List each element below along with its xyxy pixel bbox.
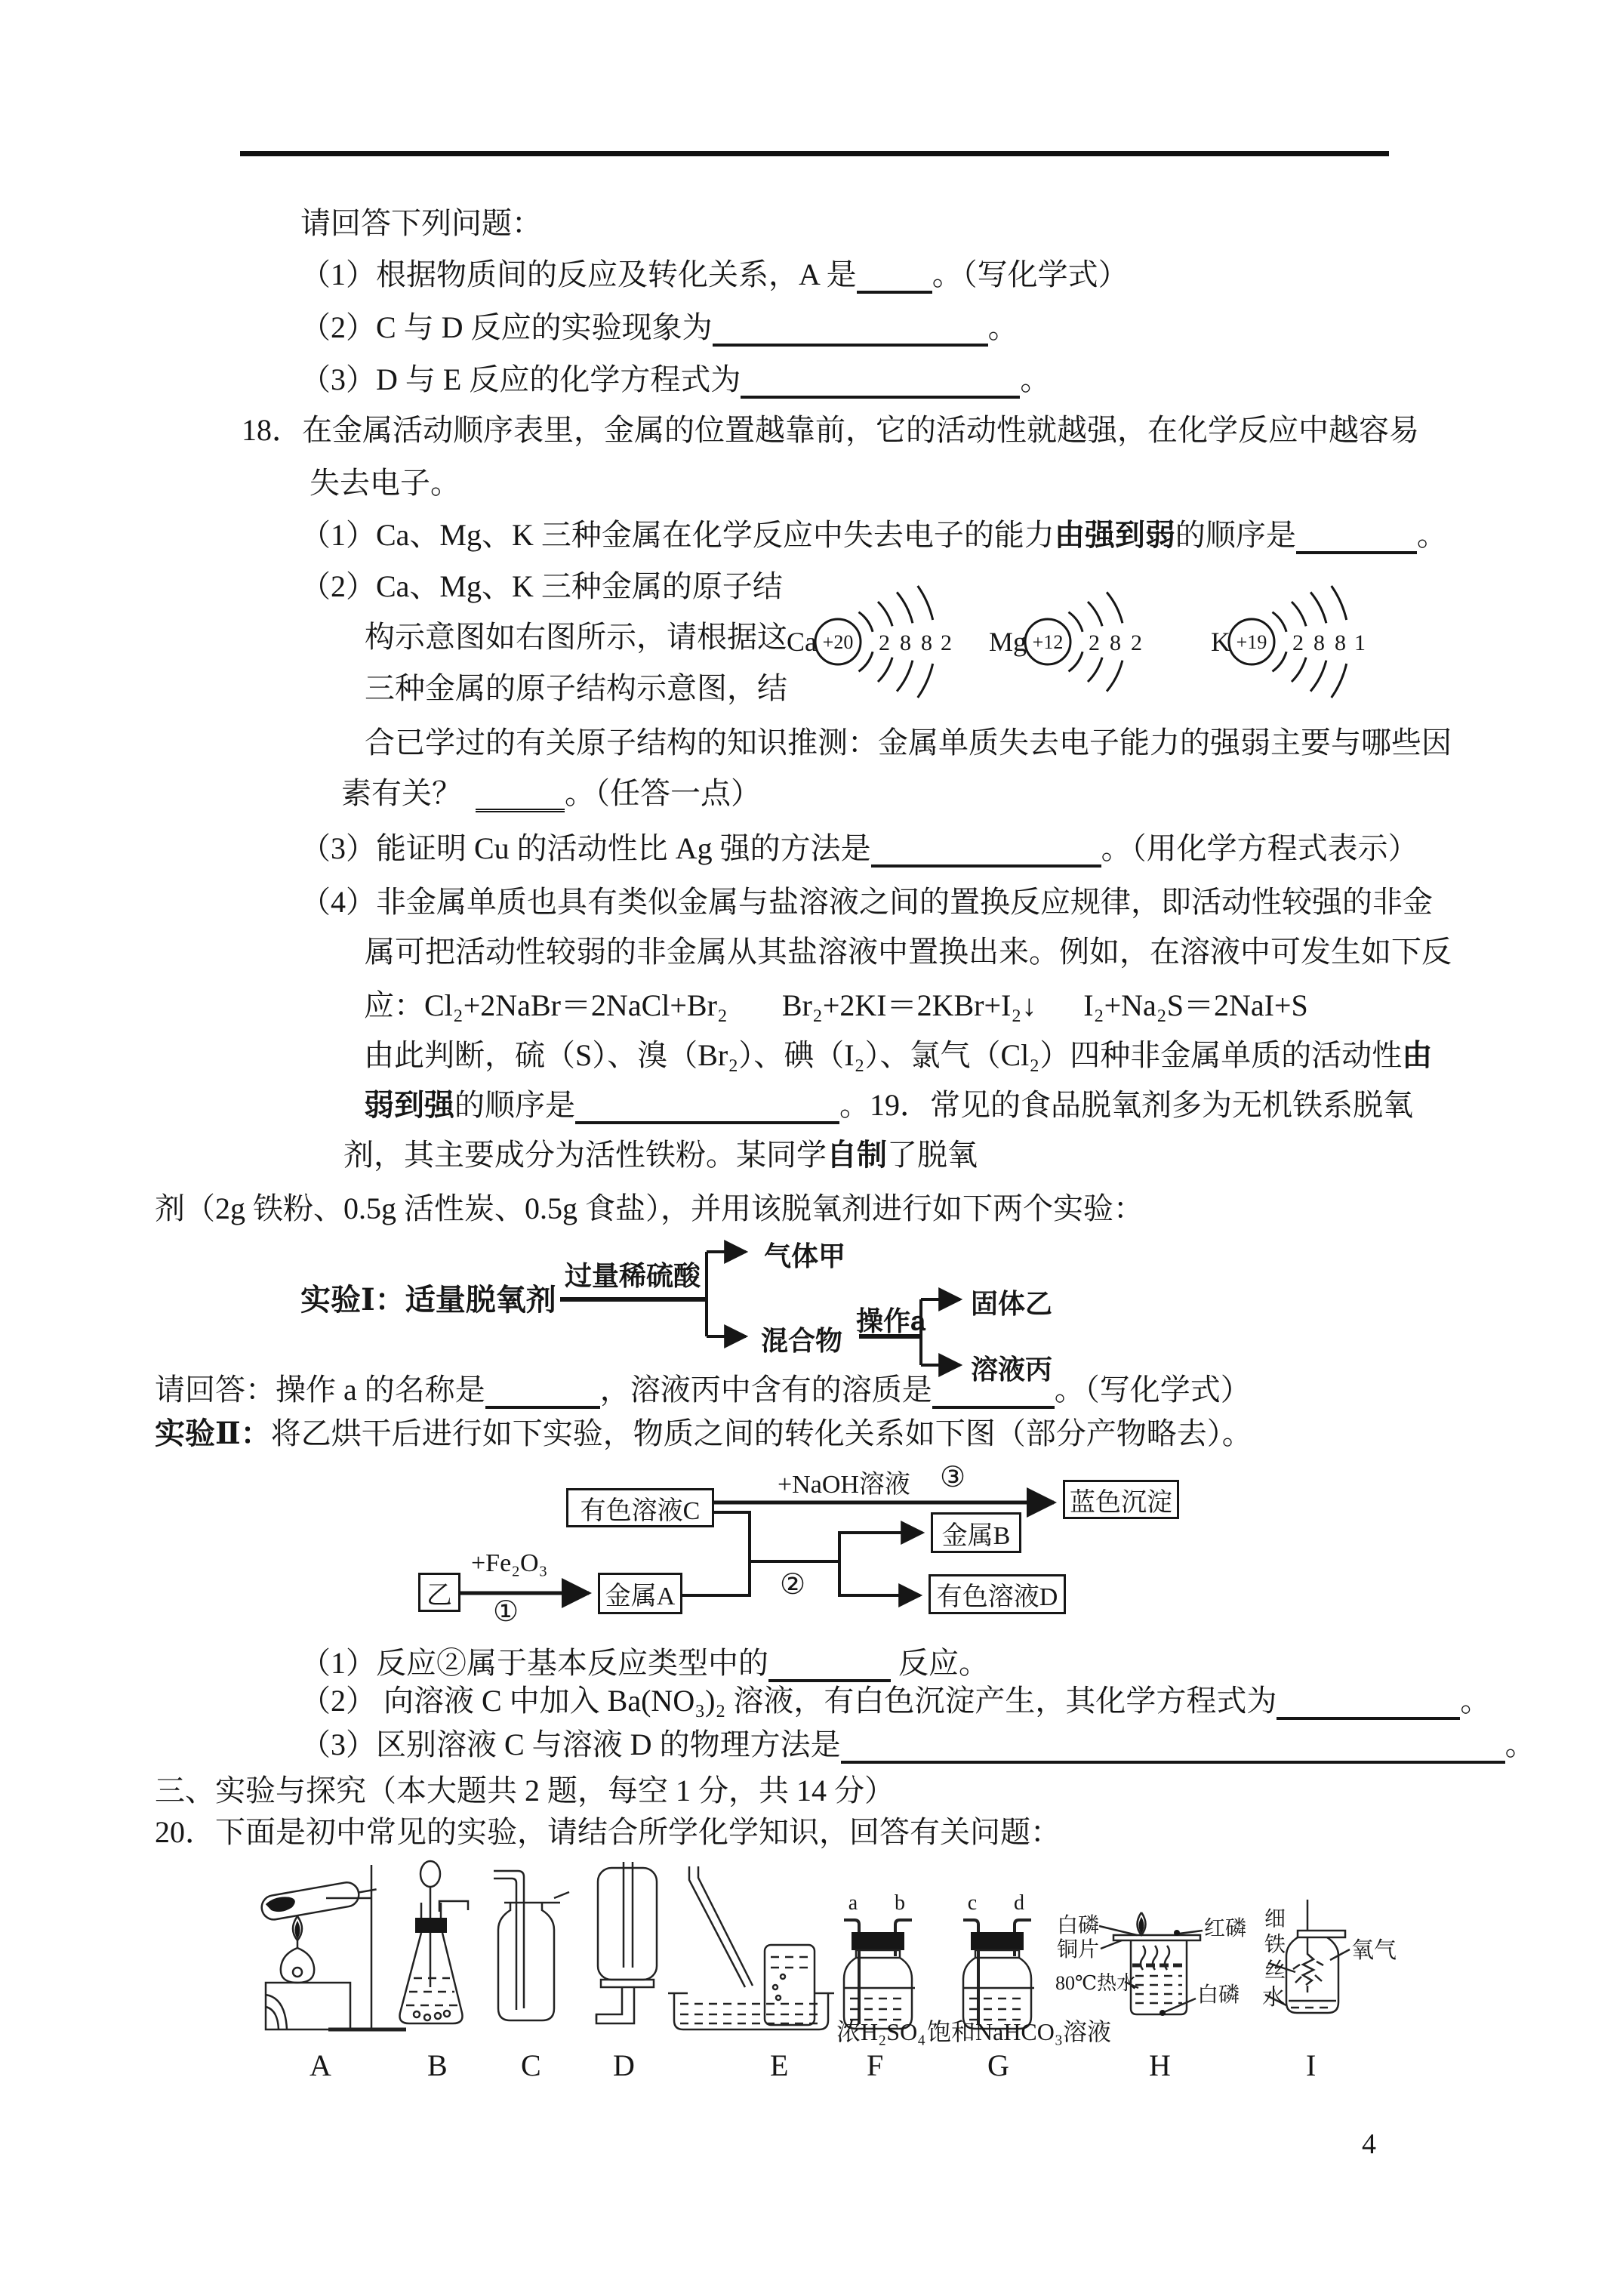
- nucleus-charge: +12: [1033, 631, 1064, 653]
- apparatus-letter-b: B: [427, 2048, 448, 2083]
- exp1-node-solid: 固体乙: [971, 1283, 1052, 1321]
- q18-stem-line1: 18．在金属活动顺序表里，金属的位置越靠前，它的活动性就越强，在化学反应中越容易: [242, 411, 1419, 449]
- text-segment: 剂，其主要成分为活性铁粉。某同学: [343, 1138, 827, 1172]
- answer-blank: [932, 1376, 1055, 1409]
- apparatus-a-test-tube-heating: [257, 1862, 408, 2034]
- f-caption-h2so4: 浓H₂SO₄: [836, 2013, 925, 2048]
- text-segment: 反应。: [891, 1646, 989, 1680]
- text-segment: 。: [1417, 518, 1447, 552]
- q18-item-4-line1: （4）非金属单质也具有类似金属与盐溶液之间的置换反应规律，即活动性较强的非金: [300, 883, 1433, 921]
- text-segment: 。: [1020, 362, 1050, 396]
- exp1-node-gas: 气体甲: [764, 1235, 845, 1274]
- nucleus-charge: +20: [823, 631, 854, 653]
- q18-item-2-line5: 素有关？。（任答一点）: [341, 775, 761, 812]
- q17-item-3: （3）D 与 E 反应的化学方程式为。: [300, 361, 1050, 399]
- text-segment: 。（写化学式）: [1055, 1373, 1251, 1407]
- text-segment: （2） 向溶液 C 中加入 Ba(NO₃)₂ 溶液，有白色沉淀产生，其化学方程式…: [300, 1684, 1277, 1718]
- apparatus-e-water-trough-collection: [668, 1865, 845, 2032]
- exp2-label: 实验Ⅱ：: [155, 1416, 271, 1450]
- shell-count: 8: [1313, 630, 1325, 655]
- q19-stem-line3: 剂（2g 铁粉、0.5g 活性炭、0.5g 食盐），并用该脱氧剂进行如下两个实验…: [155, 1190, 1144, 1228]
- q20-stem: 20．下面是初中常见的实验，请结合所学化学知识，回答有关问题：: [155, 1814, 1061, 1851]
- q19-item-3: （3）区别溶液 C 与溶液 D 的物理方法是。: [300, 1726, 1535, 1764]
- q18-stem-line2: 失去电子。: [310, 464, 460, 502]
- q17-intro: 请回答下列问题：: [300, 205, 542, 242]
- text-segment: 了脱氧: [887, 1138, 978, 1172]
- exp2-box-yi: 乙: [418, 1573, 460, 1612]
- exp1-arrow1-label: 过量稀硫酸: [565, 1255, 701, 1293]
- answer-blank: [871, 834, 1101, 868]
- exp2-step2-label: ②: [776, 1567, 809, 1601]
- exp2-naoh-label: +NaOH溶液: [778, 1463, 910, 1500]
- text-segment: 请回答：操作 a 的名称是: [155, 1373, 485, 1407]
- oxygen-label: 氧气: [1351, 1931, 1397, 1965]
- port-d-label: d: [1014, 1891, 1024, 1915]
- apparatus-letter-h: H: [1149, 2048, 1171, 2083]
- text-segment: 。: [1460, 1684, 1490, 1718]
- page-number: 4: [1362, 2128, 1376, 2161]
- answer-blank: [485, 1376, 600, 1409]
- q18-item-1: （1）Ca、Mg、K 三种金属在化学反应中失去电子的能力由强到弱的顺序是。: [300, 516, 1447, 554]
- thin-iron-wire-label: 细铁丝: [1258, 1907, 1288, 1984]
- text-segment: 素有关？: [341, 776, 462, 810]
- text-segment: 。（用化学方程式表示）: [1101, 831, 1418, 865]
- nucleus-charge: +19: [1236, 631, 1267, 653]
- shell-count: 8: [1335, 630, 1346, 655]
- text-segment: 的顺序是: [454, 1088, 575, 1122]
- top-rule: [240, 151, 1389, 156]
- shell-count: 2: [1089, 630, 1100, 655]
- text-segment: 。: [1505, 1727, 1535, 1761]
- text-segment: 。（任答一点）: [565, 776, 761, 810]
- port-b-label: b: [895, 1891, 905, 1915]
- apparatus-letter-a: A: [310, 2048, 331, 2083]
- q18-item-2-line2: 构示意图如右图所示，请根据这: [365, 618, 787, 656]
- q19-item-2: （2） 向溶液 C 中加入 Ba(NO₃)₂ 溶液，有白色沉淀产生，其化学方程式…: [300, 1682, 1490, 1720]
- text-segment: ，溶液丙中含有的溶质是: [600, 1373, 932, 1407]
- answer-blank: [476, 778, 565, 812]
- apparatus-letter-c: C: [521, 2048, 541, 2083]
- text-segment: （1）反应②属于基本反应类型中的: [300, 1646, 768, 1680]
- atom-symbol: Mg: [989, 627, 1027, 657]
- apparatus-letter-e: E: [770, 2048, 788, 2083]
- text-segment: （3）区别溶液 C 与溶液 D 的物理方法是: [300, 1727, 841, 1761]
- copper-sheet-label: 铜片: [1057, 1937, 1099, 1962]
- text-segment: 将乙烘干后进行如下实验，物质之间的转化关系如下图（部分产物略去）。: [271, 1416, 1252, 1450]
- text-segment: （3）能证明 Cu 的活动性比 Ag 强的方法是: [300, 831, 871, 865]
- answer-blank: [741, 365, 1020, 399]
- answer-blank: [575, 1091, 839, 1124]
- bold-text: 由强到弱: [1055, 518, 1175, 552]
- q18-item-2-line1: （2）Ca、Mg、K 三种金属的原子结: [300, 568, 783, 606]
- q18-item-2-line4: 合已学过的有关原子结构的知识推测：金属单质失去电子能力的强弱主要与哪些因: [365, 724, 1452, 762]
- exp2-fe2o3-label: +Fe₂O₃: [471, 1549, 547, 1578]
- white-phosphorus-top-label: 白磷: [1057, 1913, 1099, 1937]
- bold-text: 由: [1402, 1038, 1432, 1072]
- apparatus-g-gas-washing-bottle: c d: [950, 1884, 1048, 2035]
- chem-equation: Cl₂+2NaBr＝2NaCl+Br₂: [424, 988, 728, 1022]
- atomic-diagram-k: K +19 2 8 8 1: [1199, 578, 1376, 706]
- q18-item-4-line5: 弱到强的顺序是。19．常见的食品脱氧剂多为无机铁系脱氧: [364, 1086, 1413, 1124]
- atomic-diagram-mg: Mg +12 2 8 2: [995, 578, 1146, 706]
- exp2-box-solution-c: 有色溶液C: [566, 1488, 714, 1527]
- answer-blank: [768, 1649, 891, 1682]
- chem-equation: Br₂+2KI＝2KBr+I₂↓: [782, 988, 1036, 1022]
- apparatus-letter-g: G: [987, 2048, 1009, 2083]
- shell-count: 2: [1292, 630, 1304, 655]
- shell-count: 2: [879, 630, 890, 655]
- shell-count: 2: [941, 630, 952, 655]
- exp1-answer-line: 请回答：操作 a 的名称是，溶液丙中含有的溶质是。（写化学式）: [155, 1371, 1251, 1409]
- exp2-step1-label: ①: [489, 1595, 522, 1629]
- exp2-step3-label: ③: [936, 1460, 969, 1494]
- exp2-box-solution-d: 有色溶液D: [929, 1574, 1066, 1614]
- q18-item-2-line3: 三种金属的原子结构示意图，结: [365, 670, 787, 707]
- q18-equations: 应：Cl₂+2NaBr＝2NaCl+Br₂Br₂+2KI＝2KBr+I₂↓I₂+…: [364, 987, 1308, 1025]
- bold-text: 自制: [827, 1138, 887, 1172]
- shell-count: 2: [1131, 630, 1142, 655]
- text-segment: 。19．常见的食品脱氧剂多为无机铁系脱氧: [839, 1088, 1413, 1122]
- exp2-box-metal-a: 金属A: [598, 1573, 682, 1614]
- answer-blank: [1296, 521, 1417, 554]
- apparatus-letter-d: D: [613, 2048, 635, 2083]
- atom-symbol: K: [1211, 627, 1230, 657]
- atomic-diagram-ca: Ca +20 2 8 8 2: [785, 578, 962, 706]
- water-label: 水: [1262, 1978, 1285, 2011]
- answer-blank: [857, 260, 932, 294]
- exp2-box-metal-b: 金属B: [931, 1512, 1021, 1553]
- text-segment: （1）根据物质间的反应及转化关系，A 是: [300, 257, 857, 291]
- exp2-box-blue-precipitate: 蓝色沉淀: [1063, 1480, 1179, 1519]
- shell-count: 8: [900, 630, 911, 655]
- text-segment: 的顺序是: [1175, 518, 1296, 552]
- apparatus-h-phosphorus-experiment: 白磷 红磷 铜片 80℃热水 白磷: [1049, 1906, 1238, 2020]
- bold-text: 弱到强: [364, 1088, 454, 1122]
- q17-item-2: （2）C 与 D 反应的实验现象为。: [300, 309, 1018, 347]
- port-c-label: c: [968, 1891, 977, 1915]
- atom-symbol: Ca: [787, 627, 817, 657]
- answer-blank: [841, 1730, 1505, 1764]
- chem-equation: I₂+Na₂S＝2NaI+S: [1083, 988, 1307, 1022]
- q19-stem-line2: 剂，其主要成分为活性铁粉。某同学自制了脱氧: [343, 1136, 978, 1174]
- g-caption-nahco3: 饱和NaHCO₃溶液: [927, 2013, 1111, 2048]
- q18-item-4-line2: 属可把活动性较弱的非金属从其盐溶液中置换出来。例如，在溶液中可发生如下反: [365, 933, 1452, 971]
- apparatus-c-gas-bottle-tube: [489, 1865, 576, 2032]
- apparatus-letter-f: F: [867, 2048, 883, 2083]
- apparatus-f-gas-washing-bottle: a b: [830, 1884, 929, 2035]
- q18-item-3: （3）能证明 Cu 的活动性比 Ag 强的方法是。（用化学方程式表示）: [300, 830, 1418, 868]
- apparatus-b-flask-gas-generator: [391, 1859, 493, 2032]
- exp1-arrow2-label: 操作a: [856, 1300, 925, 1339]
- port-a-label: a: [848, 1891, 858, 1915]
- text-segment: 。: [988, 310, 1018, 344]
- exp1-node-mixture: 混合物: [761, 1320, 842, 1358]
- q17-item-1: （1）根据物质间的反应及转化关系，A 是。（写化学式）: [300, 256, 1129, 294]
- text-segment: （1）Ca、Mg、K 三种金属在化学反应中失去电子的能力: [300, 518, 1055, 552]
- text-segment: （3）D 与 E 反应的化学方程式为: [300, 362, 741, 396]
- text-segment: 应：: [364, 988, 424, 1022]
- exam-paper-page: 请回答下列问题： （1）根据物质间的反应及转化关系，A 是。（写化学式） （2）…: [0, 0, 1623, 2296]
- text-segment: 由此判断，硫（S）、溴（Br₂）、碘（I₂）、氯气（Cl₂）四种非金属单质的活动…: [364, 1038, 1402, 1072]
- answer-blank: [713, 313, 988, 347]
- q18-item-4-line4: 由此判断，硫（S）、溴（Br₂）、碘（I₂）、氯气（Cl₂）四种非金属单质的活动…: [364, 1037, 1432, 1074]
- shell-count: 8: [1110, 630, 1121, 655]
- section3-heading: 三、实验与探究（本大题共 2 题，每空 1 分，共 14 分）: [155, 1772, 895, 1810]
- text-segment: （2）C 与 D 反应的实验现象为: [300, 310, 713, 344]
- exp2-intro-line: 实验Ⅱ：将乙烘干后进行如下实验，物质之间的转化关系如下图（部分产物略去）。: [155, 1415, 1252, 1453]
- answer-blank: [1277, 1687, 1460, 1720]
- q19-item-1: （1）反应②属于基本反应类型中的 反应。: [300, 1644, 989, 1682]
- apparatus-d-tall-bottle-bent-tube: [580, 1862, 678, 2032]
- shell-count: 1: [1354, 630, 1366, 655]
- apparatus-letter-i: I: [1306, 2048, 1316, 2083]
- text-segment: 。（写化学式）: [932, 257, 1129, 291]
- exp2-flowchart: 乙 +Fe₂O₃ ① 金属A 有色溶液C +NaOH溶液 ③ 蓝色沉淀 ② 金属…: [408, 1457, 1238, 1638]
- hot-water-label: 80℃热水: [1055, 1972, 1136, 1994]
- shell-count: 8: [921, 630, 932, 655]
